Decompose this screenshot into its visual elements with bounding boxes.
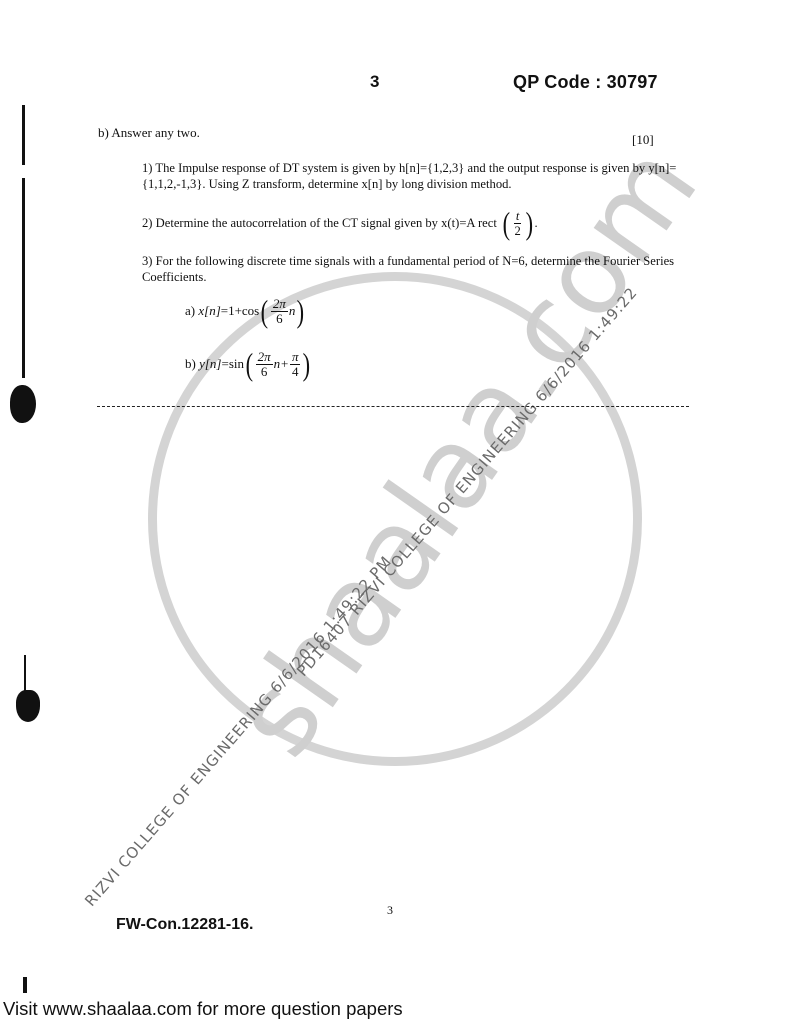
- signal-y: y[n]: [199, 356, 221, 372]
- section-heading: b) Answer any two.: [98, 125, 200, 141]
- section-divider: [97, 406, 689, 407]
- qp-code: QP Code : 30797: [513, 72, 658, 93]
- scan-artifact: [22, 178, 25, 378]
- scan-artifact: [10, 385, 36, 423]
- fraction: 2π 6: [271, 297, 288, 326]
- question-3-part-b: b) y[n] =sin ( 2π 6 n+ π 4 ): [185, 348, 312, 380]
- fraction: π 4: [290, 350, 301, 379]
- scan-artifact: [22, 105, 25, 165]
- page-number-top: 3: [370, 72, 379, 92]
- marks-label: [10]: [632, 132, 654, 148]
- scan-artifact: [23, 977, 27, 993]
- question-3-part-a: a) x[n] =1+cos ( 2π 6 n ): [185, 295, 306, 327]
- question-2-text: 2) Determine the autocorrelation of the …: [142, 215, 497, 231]
- question-2: 2) Determine the autocorrelation of the …: [142, 207, 702, 239]
- rect-argument: ( t 2 ): [501, 207, 535, 239]
- fraction: 2π 6: [256, 350, 273, 379]
- question-3: 3) For the following discrete time signa…: [142, 253, 702, 285]
- visit-link-text[interactable]: Visit www.shaalaa.com for more question …: [3, 998, 403, 1020]
- signal-x: x[n]: [198, 303, 220, 319]
- page-number-bottom: 3: [387, 903, 393, 918]
- scan-artifact: [24, 655, 26, 695]
- fraction: t 2: [513, 209, 523, 238]
- question-1: 1) The Impulse response of DT system is …: [142, 160, 702, 192]
- footer-code: FW-Con.12281-16.: [116, 916, 254, 934]
- scan-artifact: [16, 690, 40, 722]
